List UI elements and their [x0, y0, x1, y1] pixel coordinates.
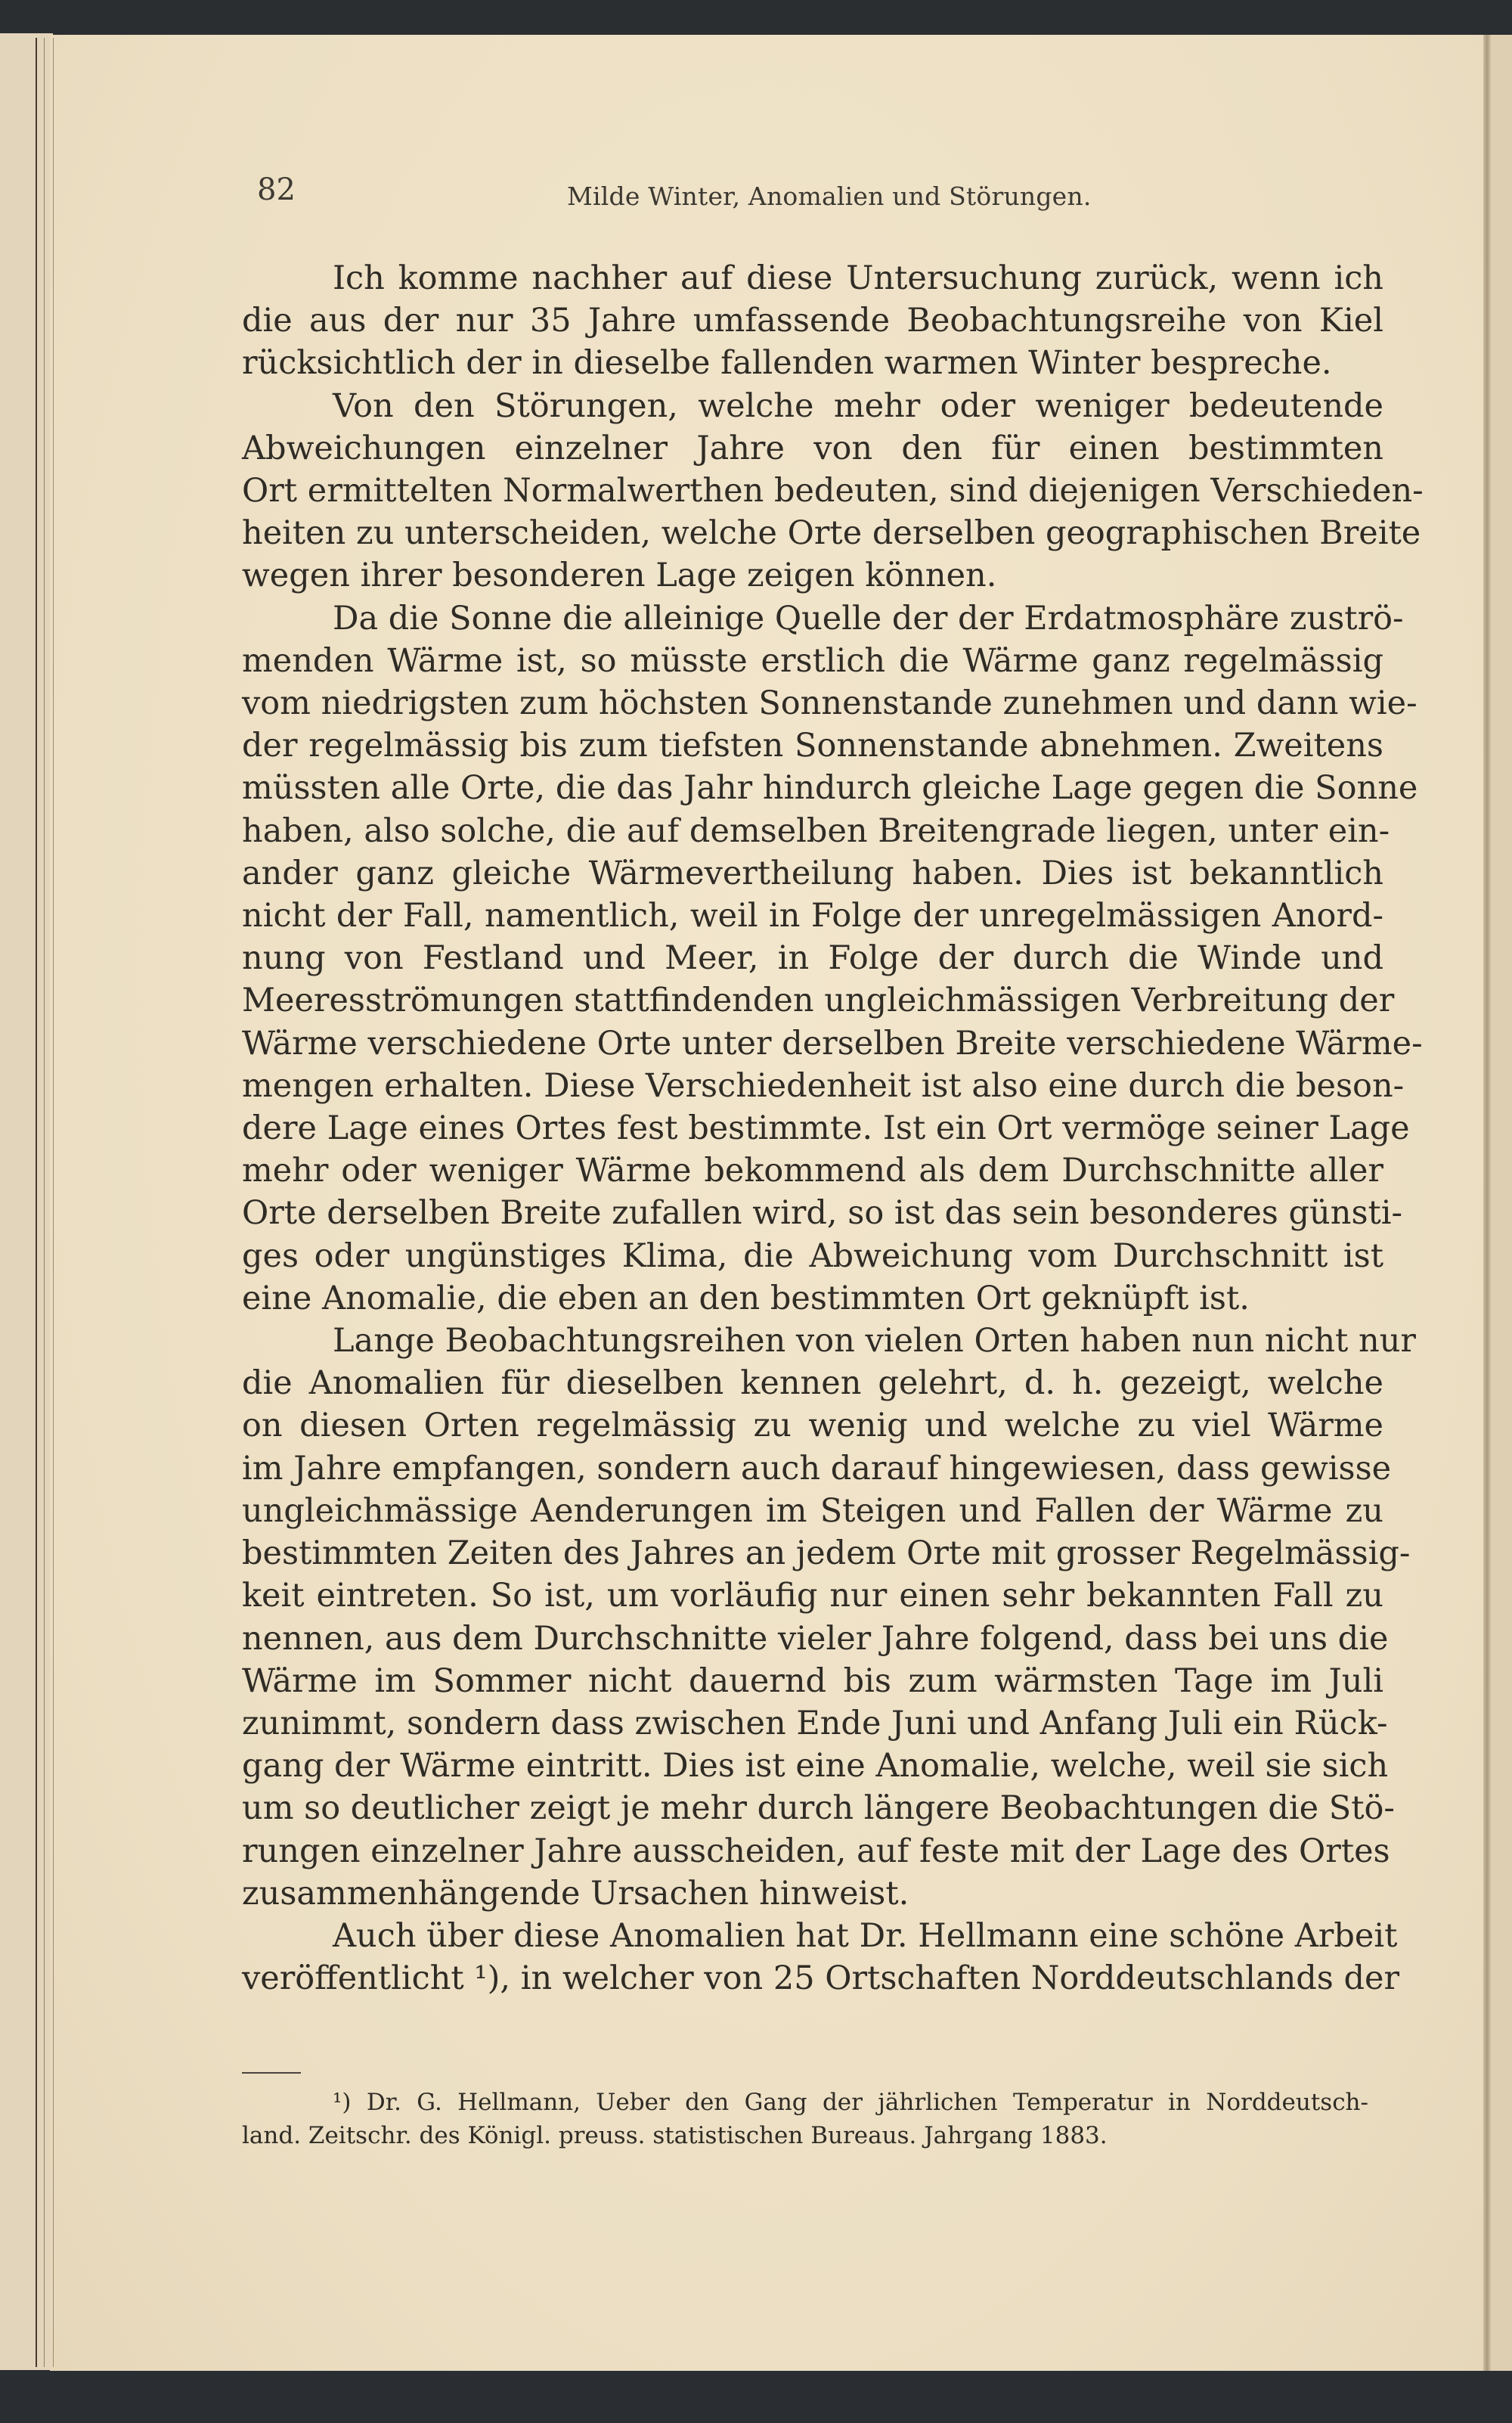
text-line: on diesen Orten regelmässig zu wenig und… — [242, 1404, 1383, 1447]
text-line: Ort ermittelten Normalwerthen bedeuten, … — [242, 470, 1383, 512]
text-line: rungen einzelner Jahre ausscheiden, auf … — [242, 1830, 1383, 1872]
text-line: eine Anomalie, die eben an den bestimmte… — [242, 1277, 1383, 1320]
paragraph: Da die Sonne die alleinige Quelle der de… — [242, 597, 1383, 1320]
text-line: der regelmässig bis zum tiefsten Sonnens… — [242, 724, 1383, 767]
adjacent-page-edge — [1491, 35, 1512, 2372]
footnote: ¹) Dr. G. Hellmann, Ueber den Gang der j… — [242, 2086, 1368, 2152]
text-line: Wärme im Sommer nicht dauernd bis zum wä… — [242, 1660, 1383, 1702]
text-line: heiten zu unterscheiden, welche Orte der… — [242, 512, 1383, 554]
body-text: Ich komme nachher auf diese Untersuchung… — [242, 257, 1383, 2000]
text-line: mengen erhalten. Diese Verschiedenheit i… — [242, 1065, 1383, 1107]
text-line: gang der Wärme eintritt. Dies ist eine A… — [242, 1745, 1383, 1787]
text-line: keit eintreten. So ist, um vorläufig nur… — [242, 1574, 1383, 1617]
text-line: die aus der nur 35 Jahre umfassende Beob… — [242, 299, 1383, 342]
page-number: 82 — [257, 172, 296, 207]
scan-background-bottom — [0, 2371, 1512, 2423]
text-line: zusammenhängende Ursachen hinweist. — [242, 1872, 1383, 1915]
text-line: Wärme verschiedene Orte unter derselben … — [242, 1022, 1383, 1065]
binding-edge-line — [53, 38, 54, 2367]
text-line: zunimmt, sondern dass zwischen Ende Juni… — [242, 1702, 1383, 1745]
text-line: Von den Störungen, welche mehr oder weni… — [242, 385, 1383, 427]
text-line: menden Wärme ist, so müsste erstlich die… — [242, 640, 1383, 682]
paragraph: Von den Störungen, welche mehr oder weni… — [242, 385, 1383, 597]
footnote-separator — [242, 2072, 301, 2074]
text-line: veröffentlicht ¹), in welcher von 25 Ort… — [242, 1957, 1383, 2000]
text-line: die Anomalien für dieselben kennen geleh… — [242, 1362, 1383, 1404]
text-line: Abweichungen einzelner Jahre von den für… — [242, 427, 1383, 470]
paragraph: Lange Beobachtungsreihen von vielen Orte… — [242, 1320, 1383, 1915]
text-line: Da die Sonne die alleinige Quelle der de… — [242, 597, 1383, 640]
text-line: ges oder ungünstiges Klima, die Abweichu… — [242, 1235, 1383, 1277]
paragraph: Ich komme nachher auf diese Untersuchung… — [242, 257, 1383, 385]
text-line: Auch über diese Anomalien hat Dr. Hellma… — [242, 1915, 1383, 1957]
text-line: Ich komme nachher auf diese Untersuchung… — [242, 257, 1383, 299]
text-line: rücksichtlich der in dieselbe fallenden … — [242, 342, 1383, 384]
text-line: Orte derselben Breite zufallen wird, so … — [242, 1192, 1383, 1234]
paragraph: Auch über diese Anomalien hat Dr. Hellma… — [242, 1915, 1383, 2000]
text-line: um so deutlicher zeigt je mehr durch län… — [242, 1787, 1383, 1829]
page-header: 82 Milde Winter, Anomalien und Störungen… — [257, 172, 1391, 218]
text-line: haben, also solche, die auf demselben Br… — [242, 810, 1383, 852]
footnote-line: land. Zeitschr. des Königl. preuss. stat… — [242, 2119, 1368, 2152]
text-line: ungleichmässige Aenderungen im Steigen u… — [242, 1490, 1383, 1532]
text-line: nennen, aus dem Durchschnitte vieler Jah… — [242, 1618, 1383, 1660]
underlying-pages-edge — [0, 33, 53, 2370]
binding-edge-line — [36, 38, 37, 2367]
page-fold-shadow — [1483, 35, 1491, 2372]
text-line: bestimmten Zeiten des Jahres an jedem Or… — [242, 1532, 1383, 1574]
text-line: Meeresströmungen stattfindenden ungleich… — [242, 979, 1383, 1022]
binding-edge-line — [44, 38, 45, 2367]
footnote-line: ¹) Dr. G. Hellmann, Ueber den Gang der j… — [242, 2086, 1368, 2119]
text-line: müssten alle Orte, die das Jahr hindurch… — [242, 767, 1383, 809]
text-line: mehr oder weniger Wärme bekommend als de… — [242, 1149, 1383, 1192]
text-line: vom niedrigsten zum höchsten Sonnenstand… — [242, 682, 1383, 724]
text-line: nung von Festland und Meer, in Folge der… — [242, 937, 1383, 979]
text-line: im Jahre empfangen, sondern auch darauf … — [242, 1447, 1383, 1490]
scan-background-top — [0, 0, 1512, 33]
text-line: nicht der Fall, namentlich, weil in Folg… — [242, 895, 1383, 937]
text-line: wegen ihrer besonderen Lage zeigen könne… — [242, 554, 1383, 597]
text-line: dere Lage eines Ortes fest bestimmte. Is… — [242, 1107, 1383, 1149]
running-head: Milde Winter, Anomalien und Störungen. — [567, 181, 1092, 211]
text-line: Lange Beobachtungsreihen von vielen Orte… — [242, 1320, 1383, 1362]
text-line: ander ganz gleiche Wärmevertheilung habe… — [242, 852, 1383, 895]
